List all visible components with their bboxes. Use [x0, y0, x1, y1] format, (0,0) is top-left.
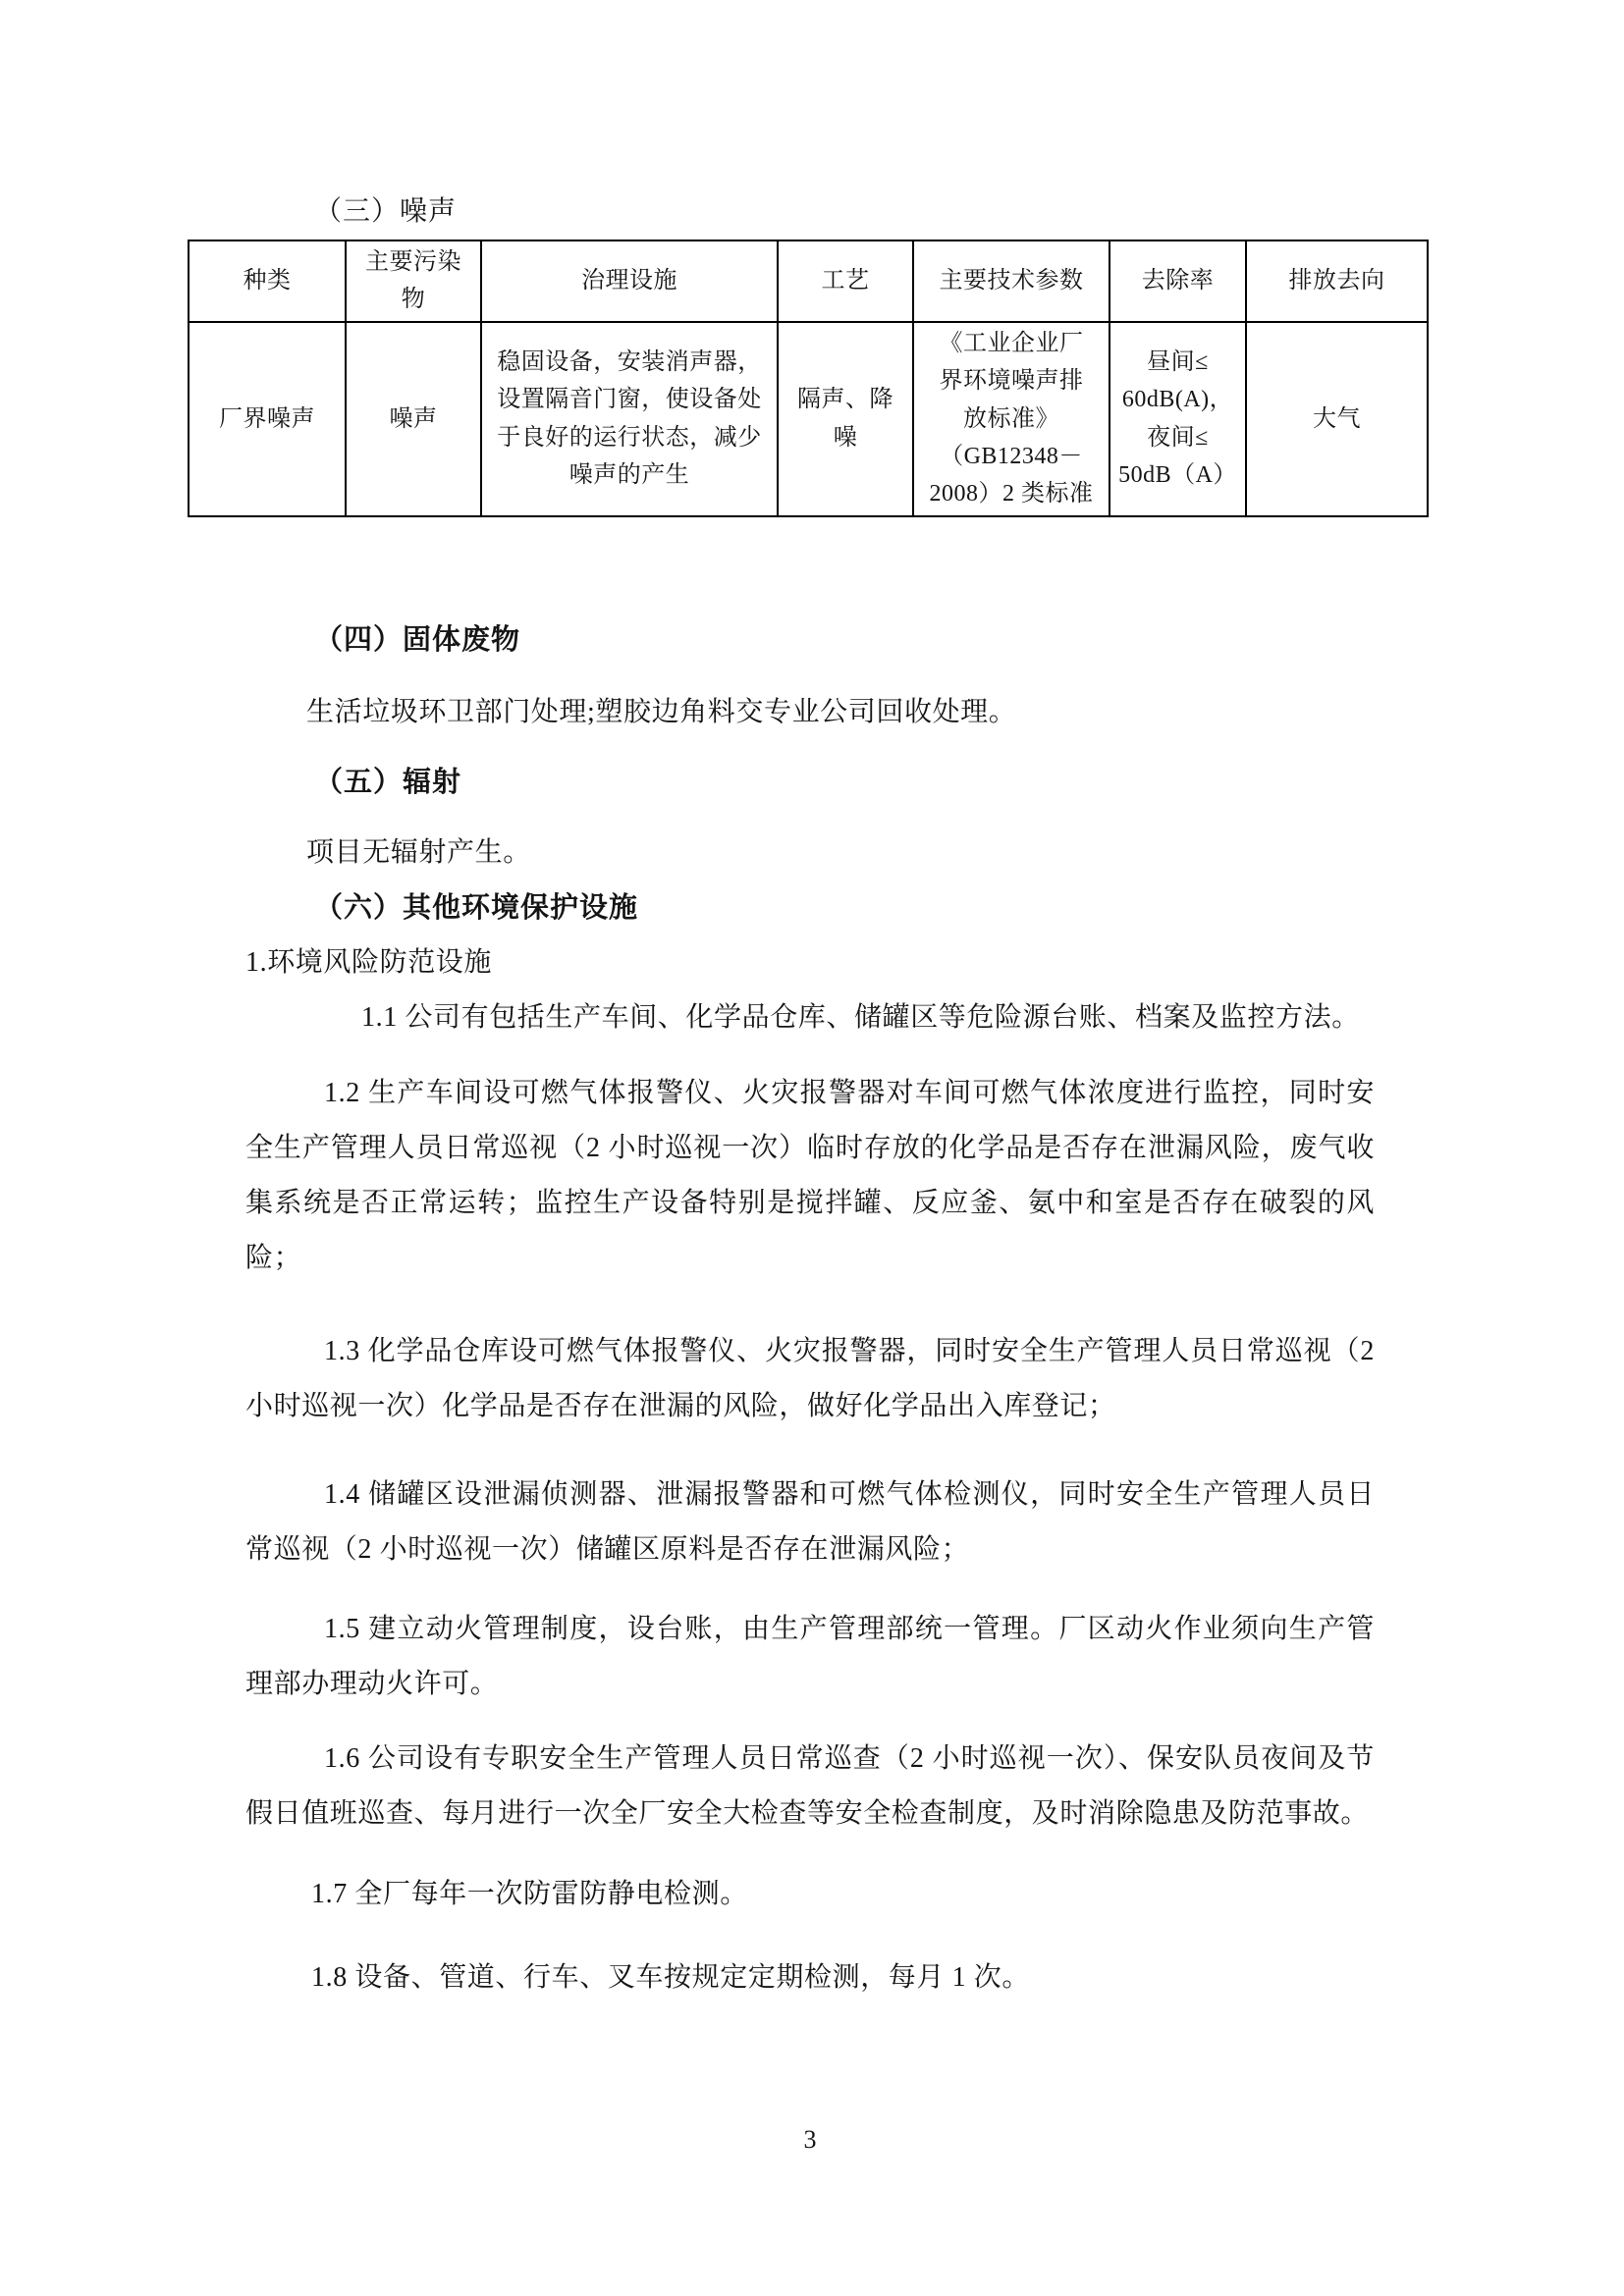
noise-table-wrap: 种类 主要污染 物 治理设施 工艺 主要技术参数 去除率 排放去向 厂界噪声 噪… [188, 240, 1375, 517]
table-header-cell-pollutant: 主要污染 物 [346, 240, 481, 322]
table-cell-pollutant: 噪声 [346, 322, 481, 516]
table-header-cell-type: 种类 [189, 240, 346, 322]
paragraph-1-6: 1.6 公司设有专职安全生产管理人员日常巡查（2 小时巡视一次）、保安队员夜间及… [245, 1732, 1375, 1842]
page-number: 3 [245, 2125, 1375, 2155]
document-content: （三）噪声 种类 主要污染 物 治理设施 工艺 主要技术参数 去除率 排放去向 [0, 0, 1624, 2155]
paragraph-1-3: 1.3 化学品仓库设可燃气体报警仪、火灾报警器，同时安全生产管理人员日常巡视（2… [245, 1324, 1375, 1434]
table-cell-process: 隔声、降 噪 [778, 322, 913, 516]
paragraph-1-7: 1.7 全厂每年一次防雷防静电检测。 [245, 1867, 1375, 1922]
table-header-cell-removal-rate: 去除率 [1110, 240, 1246, 322]
paragraph-solid-waste: 生活垃圾环卫部门处理;塑胶边角料交专业公司回收处理。 [245, 685, 1375, 740]
document-page: （三）噪声 种类 主要污染 物 治理设施 工艺 主要技术参数 去除率 排放去向 [0, 0, 1624, 2296]
section-heading-solid-waste: （四）固体废物 [245, 613, 1375, 667]
table-header-cell-process: 工艺 [778, 240, 913, 322]
noise-table: 种类 主要污染 物 治理设施 工艺 主要技术参数 去除率 排放去向 厂界噪声 噪… [188, 240, 1429, 517]
section-heading-other-facilities: （六）其他环境保护设施 [245, 881, 1375, 935]
paragraph-1-5: 1.5 建立动火管理制度，设台账，由生产管理部统一管理。厂区动火作业须向生产管理… [245, 1602, 1375, 1712]
section-heading-radiation: （五）辐射 [245, 755, 1375, 810]
table-cell-tech-params: 《工业企业厂 界环境噪声排 放标准》 （GB12348－ 2008）2 类标准 [913, 322, 1110, 516]
table-cell-removal-rate: 昼间≤ 60dB(A)， 夜间≤ 50dB（A） [1110, 322, 1246, 516]
table-header-cell-tech-params: 主要技术参数 [913, 240, 1110, 322]
table-row: 厂界噪声 噪声 稳固设备，安装消声器， 设置隔音门窗，使设备处 于良好的运行状态… [189, 322, 1428, 516]
section-heading-noise: （三）噪声 [245, 185, 1375, 240]
table-header-cell-facility: 治理设施 [481, 240, 778, 322]
paragraph-1-1: 1.1 公司有包括生产车间、化学品仓库、储罐区等危险源台账、档案及监控方法。 [245, 990, 1375, 1045]
table-cell-facility: 稳固设备，安装消声器， 设置隔音门窗，使设备处 于良好的运行状态，减少 噪声的产… [481, 322, 778, 516]
paragraph-radiation: 项目无辐射产生。 [245, 826, 1375, 881]
table-cell-discharge: 大气 [1246, 322, 1428, 516]
paragraph-1-4: 1.4 储罐区设泄漏侦测器、泄漏报警器和可燃气体检测仪，同时安全生产管理人员日常… [245, 1468, 1375, 1577]
noise-table-header-row: 种类 主要污染 物 治理设施 工艺 主要技术参数 去除率 排放去向 [189, 240, 1428, 322]
paragraph-1-8: 1.8 设备、管道、行车、叉车按规定定期检测，每月 1 次。 [245, 1950, 1375, 2005]
subheading-risk-prevention: 1.环境风险防范设施 [245, 935, 1375, 990]
table-cell-type: 厂界噪声 [189, 322, 346, 516]
paragraph-1-2: 1.2 生产车间设可燃气体报警仪、火灾报警器对车间可燃气体浓度进行监控，同时安全… [245, 1066, 1375, 1286]
table-header-cell-discharge: 排放去向 [1246, 240, 1428, 322]
